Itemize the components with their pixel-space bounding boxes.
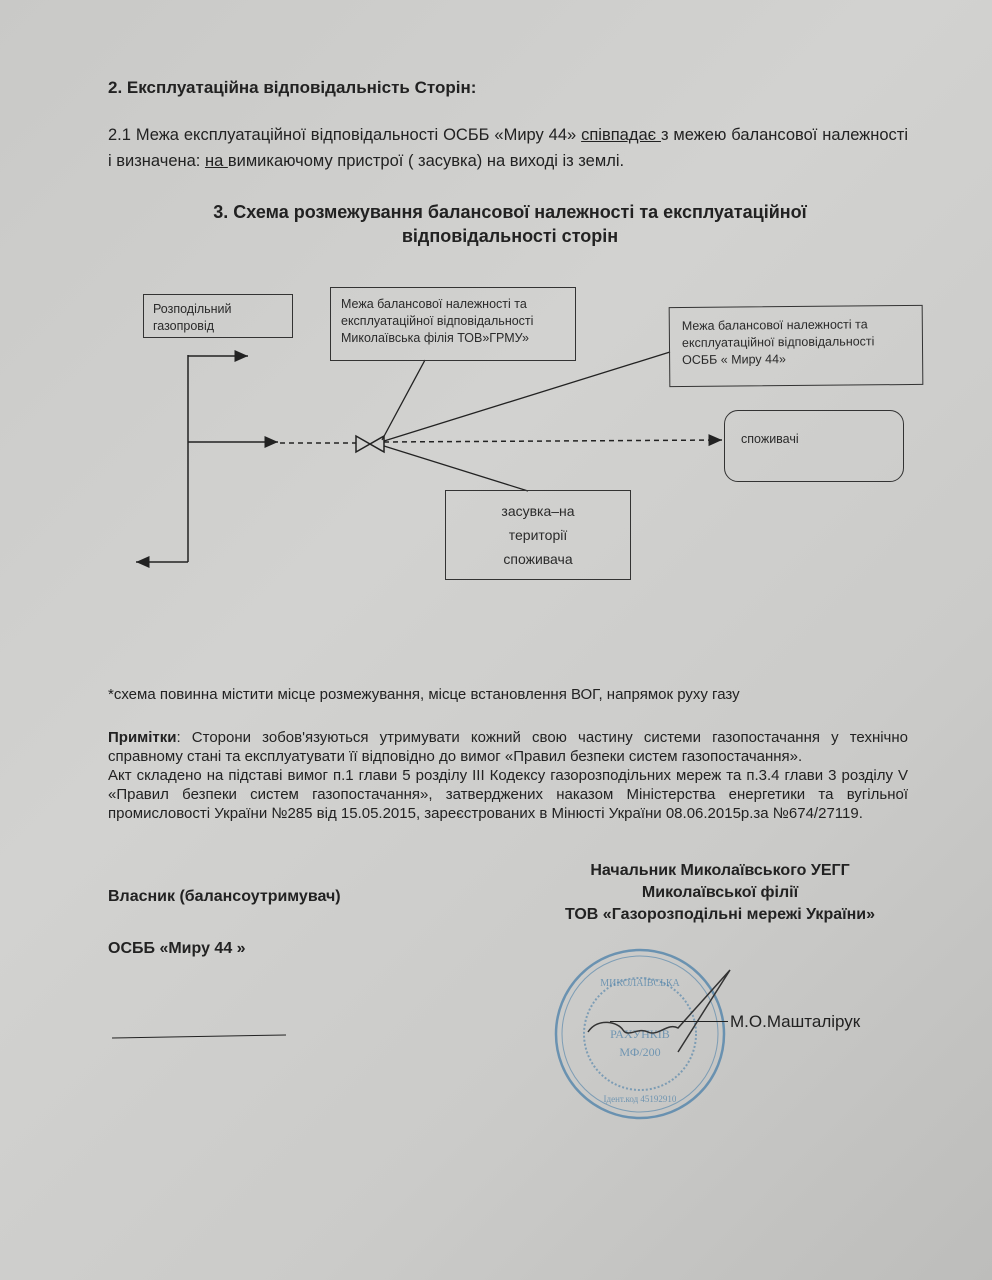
separation-diagram	[0, 0, 992, 1280]
svg-text:Ідент.код 45192910: Ідент.код 45192910	[604, 1094, 677, 1104]
box-label: території	[454, 523, 622, 547]
remarks-text: : Сторони зобов'язуються утримувати кожн…	[108, 729, 908, 765]
company-stamp-icon: РАХУНКІВ МФ/200 МИКОЛАЇВСЬКА Ідент.код 4…	[548, 942, 738, 1132]
signatory-branch: Миколаївської філії	[530, 882, 910, 904]
box-label: Розподільний газопровід	[153, 302, 232, 333]
box-label: Межа балансової належності та експлуатац…	[341, 297, 533, 345]
distribution-pipeline-box: Розподільний газопровід	[143, 294, 293, 338]
valve-location-box: засувка–на території споживача	[445, 490, 631, 580]
utility-signature-line	[610, 1021, 728, 1022]
consumers-box: споживачі	[724, 410, 904, 482]
diagram-footnote: *схема повинна містити місце розмежуванн…	[108, 686, 740, 703]
act-basis-text: Акт складено на підставі вимог п.1 глави…	[108, 766, 908, 823]
box-label: споживача	[454, 547, 622, 571]
svg-text:МИКОЛАЇВСЬКА: МИКОЛАЇВСЬКА	[600, 977, 680, 989]
box-label: Межа балансової належності та експлуатац…	[682, 317, 875, 367]
svg-text:МФ/200: МФ/200	[619, 1045, 660, 1059]
grmu-boundary-box: Межа балансової належності та експлуатац…	[330, 287, 576, 361]
box-label: споживачі	[741, 432, 799, 446]
signatory-name: М.О.Машталірук	[730, 1012, 860, 1032]
signatory-company: ТОВ «Газорозподільні мережі України»	[530, 904, 910, 926]
remarks-block: Примітки: Сторони зобов'язуються утримув…	[108, 728, 908, 823]
osbb-boundary-box: Межа балансової належності та експлуатац…	[669, 305, 924, 387]
signatory-title: Начальник Миколаївського УЕГГ	[530, 860, 910, 882]
utility-signatory: Начальник Миколаївського УЕГГ Миколаївсь…	[530, 860, 910, 926]
remarks-label: Примітки	[108, 729, 177, 746]
owner-title: Власник (балансоутримувач)	[108, 888, 341, 906]
box-label: засувка–на	[454, 499, 622, 523]
owner-org: ОСББ «Миру 44 »	[108, 940, 246, 958]
svg-text:РАХУНКІВ: РАХУНКІВ	[610, 1027, 670, 1041]
valve-icon	[356, 436, 384, 452]
remarks-paragraph: Примітки: Сторони зобов'язуються утримув…	[108, 728, 908, 766]
